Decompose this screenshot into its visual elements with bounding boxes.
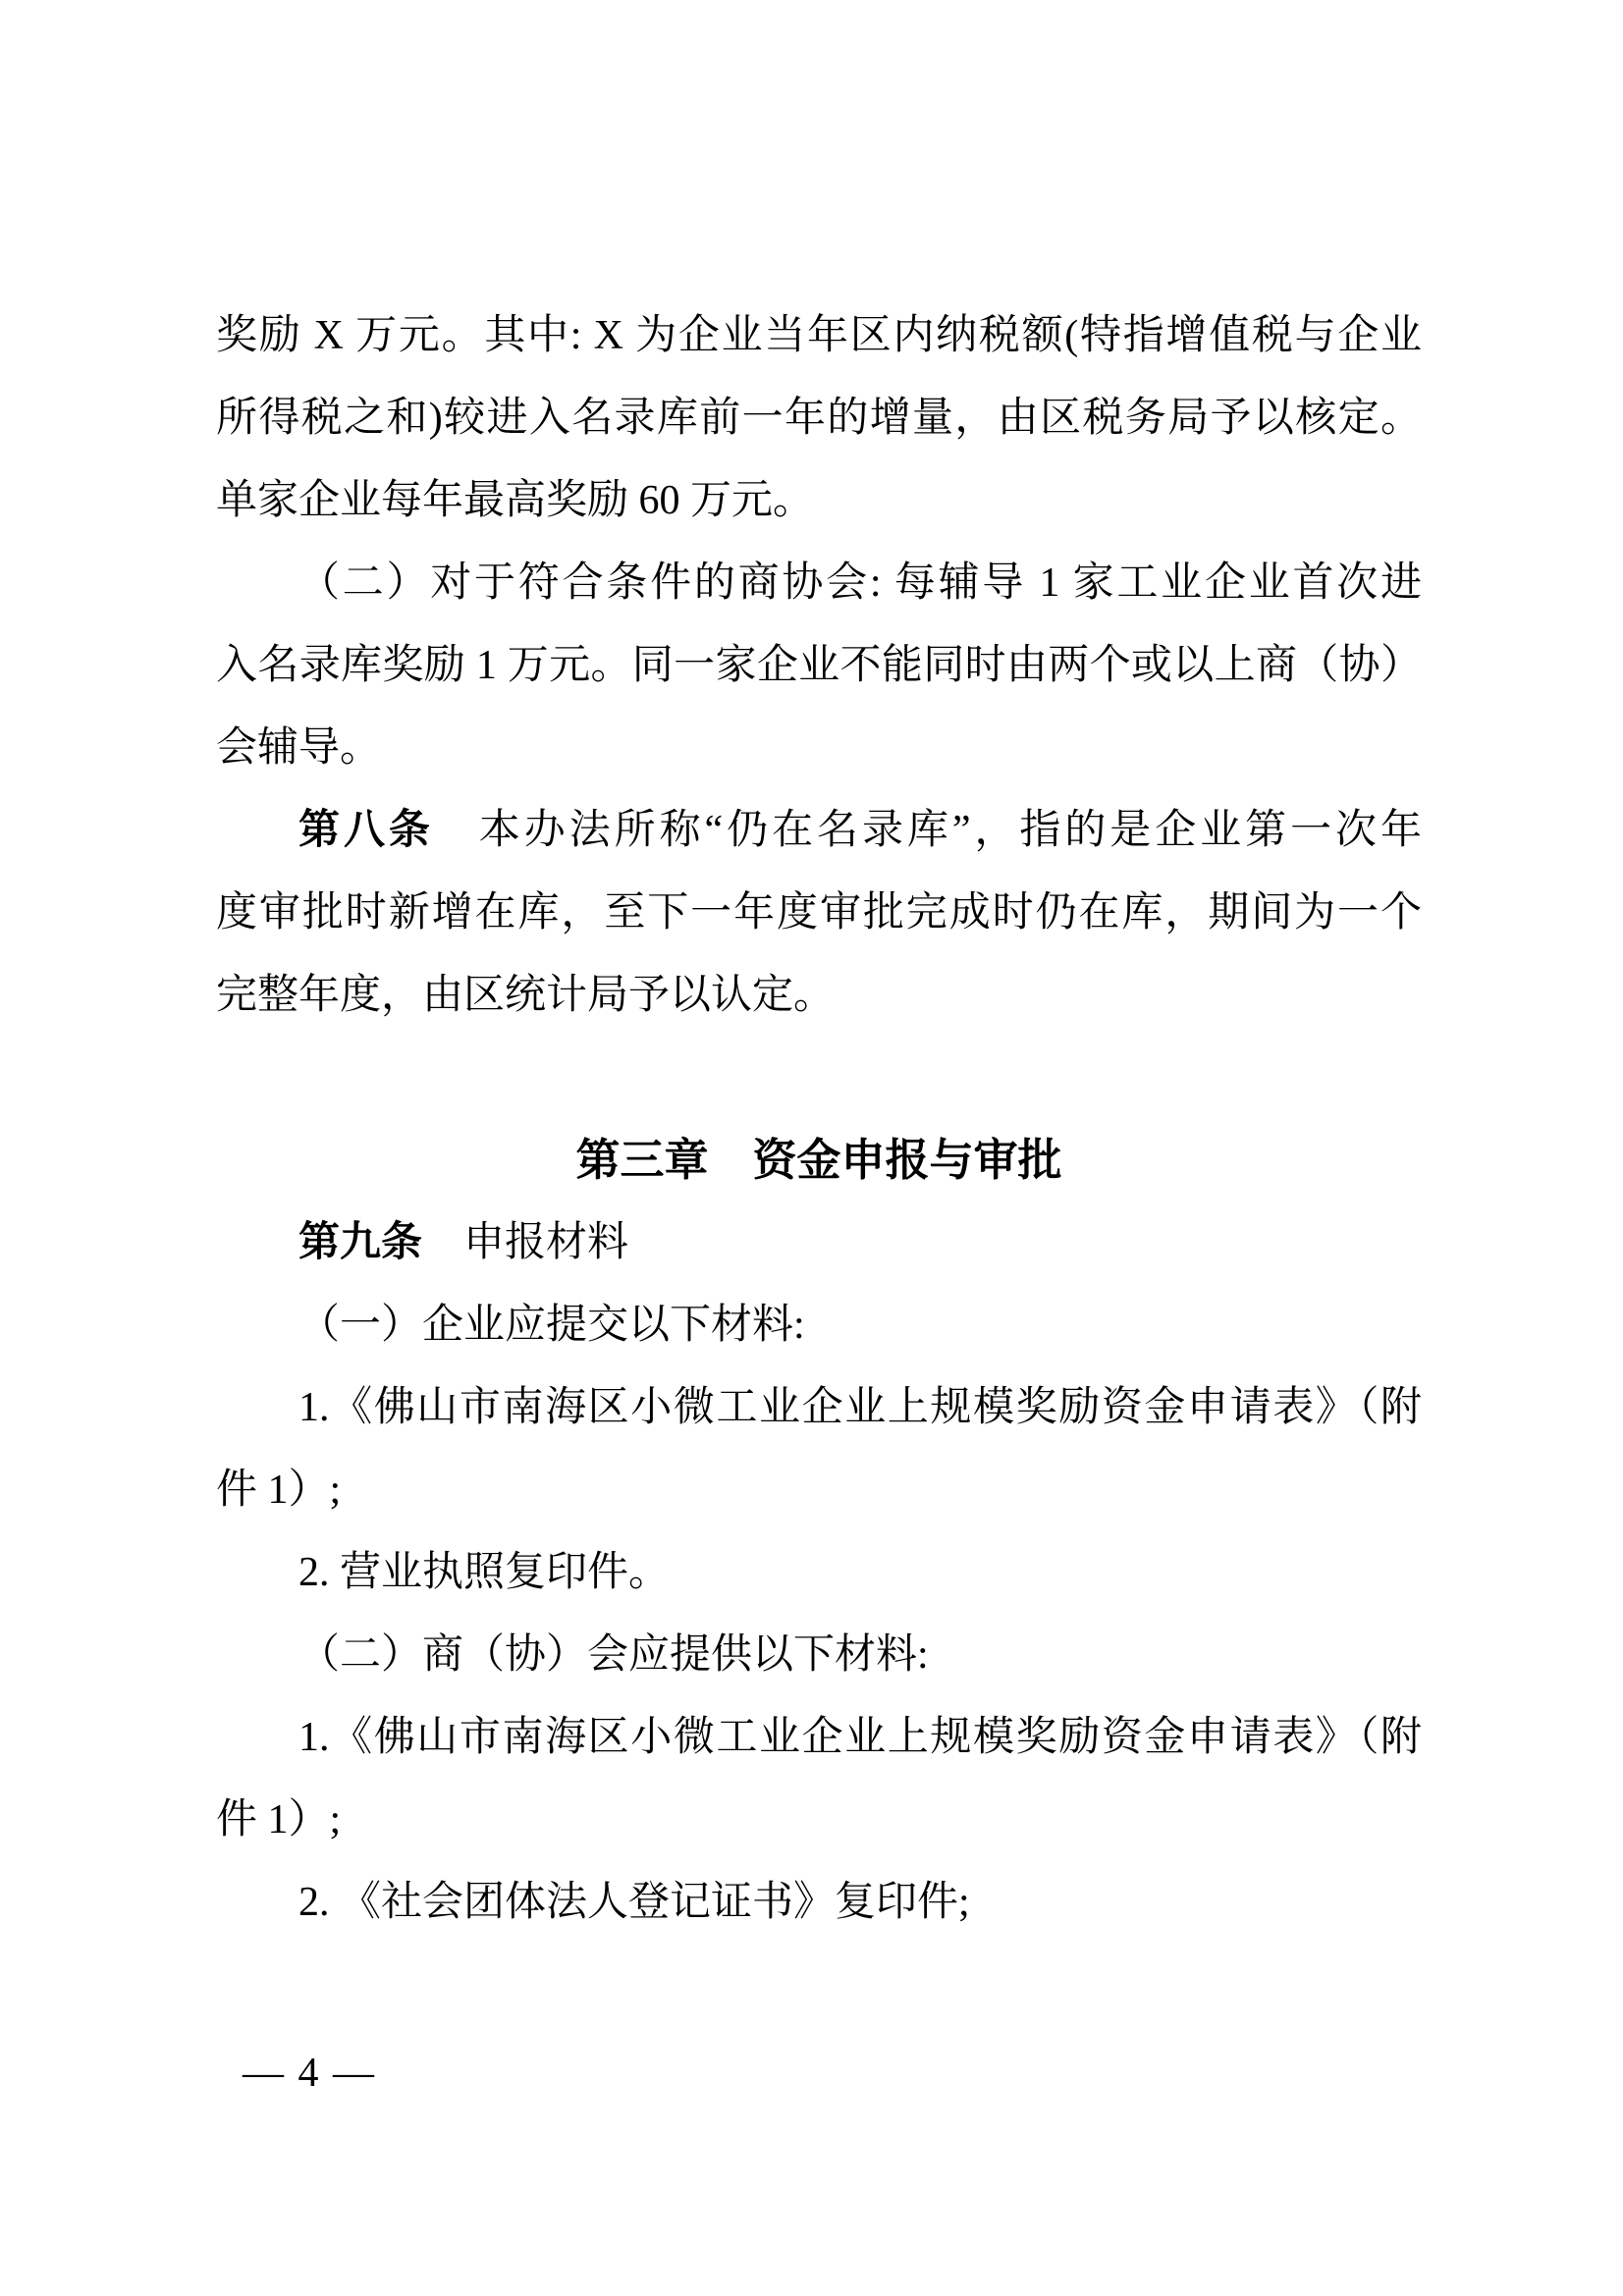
chapter-heading: 第三章 资金申报与审批: [216, 1119, 1422, 1201]
text-line: 会辅导。: [216, 707, 1422, 789]
text-line: 件 1）;: [216, 1779, 1422, 1861]
body-text: 1.《佛山市南海区小微工业企业上规模奖励资金申请表》（附: [298, 1715, 1422, 1760]
document-body: 奖励 X 万元。其中: X 为企业当年区内纳税额(特指增值税与企业所得税之和)较…: [216, 294, 1422, 1944]
body-text: 入名录库奖励 1 万元。同一家企业不能同时由两个或以上商（协）: [216, 643, 1422, 688]
text-line: 1.《佛山市南海区小微工业企业上规模奖励资金申请表》（附: [216, 1696, 1422, 1779]
text-line: 入名录库奖励 1 万元。同一家企业不能同时由两个或以上商（协）: [216, 624, 1422, 707]
body-text: 申报材料: [422, 1220, 628, 1265]
article-number: 第八条: [298, 808, 434, 853]
body-text: 本办法所称“仍在名录库”，指的是企业第一次年: [434, 808, 1422, 853]
text-line: 第八条 本办法所称“仍在名录库”，指的是企业第一次年: [216, 789, 1422, 872]
body-text: （二）商（协）会应提供以下材料:: [298, 1632, 929, 1678]
body-text: 件 1）;: [216, 1797, 341, 1842]
page-number: — 4 —: [243, 2051, 376, 2096]
body-text: 件 1）;: [216, 1468, 341, 1513]
text-line: 度审批时新增在库，至下一年度审批完成时仍在库，期间为一个: [216, 872, 1422, 954]
body-text: 2. 《社会团体法人登记证书》复印件;: [298, 1880, 970, 1925]
text-line: 所得税之和)较进入名录库前一年的增量，由区税务局予以核定。: [216, 377, 1422, 459]
page-footer: — 4 —: [243, 2052, 376, 2095]
text-line: 件 1）;: [216, 1449, 1422, 1531]
body-text: 奖励 X 万元。其中: X 为企业当年区内纳税额(特指增值税与企业: [216, 313, 1422, 358]
body-text: （二）对于符合条件的商协会: 每辅导 1 家工业企业首次进: [298, 561, 1422, 606]
text-line: 单家企业每年最高奖励 60 万元。: [216, 459, 1422, 542]
body-text: 会辅导。: [216, 725, 381, 771]
text-line: 完整年度，由区统计局予以认定。: [216, 954, 1422, 1037]
body-text: 1.《佛山市南海区小微工业企业上规模奖励资金申请表》（附: [298, 1385, 1422, 1430]
text-line: （二）商（协）会应提供以下材料:: [216, 1614, 1422, 1696]
text-line: 第九条 申报材料: [216, 1201, 1422, 1284]
text-line: （二）对于符合条件的商协会: 每辅导 1 家工业企业首次进: [216, 542, 1422, 624]
article-number: 第九条: [298, 1220, 422, 1265]
body-text: 完整年度，由区统计局予以认定。: [216, 973, 835, 1018]
body-text: 单家企业每年最高奖励 60 万元。: [216, 478, 814, 523]
article-number: 第三章 资金申报与审批: [575, 1136, 1061, 1185]
body-text: 所得税之和)较进入名录库前一年的增量，由区税务局予以核定。: [216, 396, 1422, 441]
body-text: （一）企业应提交以下材料:: [298, 1303, 805, 1348]
document-page: 奖励 X 万元。其中: X 为企业当年区内纳税额(特指增值税与企业所得税之和)较…: [0, 0, 1623, 2296]
text-line: 1.《佛山市南海区小微工业企业上规模奖励资金申请表》（附: [216, 1366, 1422, 1449]
text-line: 2. 营业执照复印件。: [216, 1531, 1422, 1614]
body-text: 度审批时新增在库，至下一年度审批完成时仍在库，期间为一个: [216, 890, 1422, 935]
body-text: 2. 营业执照复印件。: [298, 1550, 670, 1595]
text-line: （一）企业应提交以下材料:: [216, 1284, 1422, 1366]
text-line: 2. 《社会团体法人登记证书》复印件;: [216, 1861, 1422, 1944]
text-line: 奖励 X 万元。其中: X 为企业当年区内纳税额(特指增值税与企业: [216, 294, 1422, 377]
